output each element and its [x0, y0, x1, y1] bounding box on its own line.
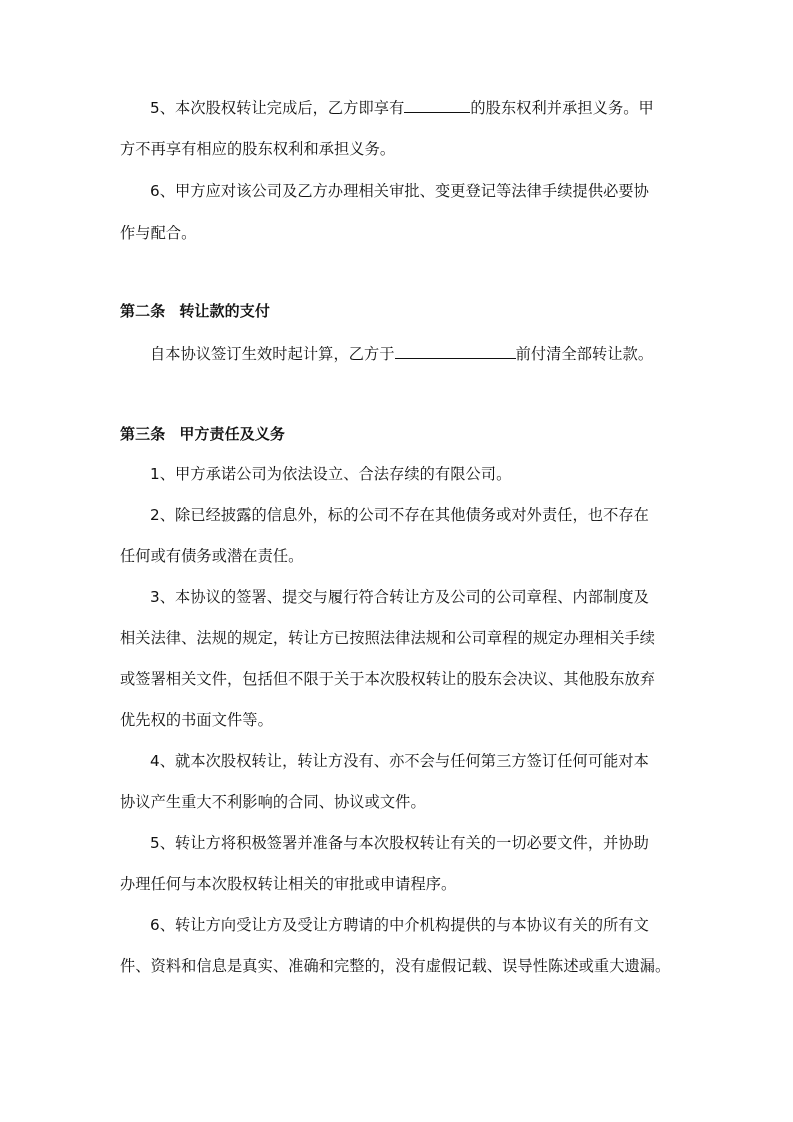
clause-6-line-2: 作与配合。 — [120, 223, 680, 243]
clause-5-line-2: 方不再享有相应的股东权利和承担义务。 — [120, 139, 680, 159]
blank-field-payment-date[interactable] — [395, 342, 516, 359]
article-3-item-3-line-1: 3、本协议的签署、提交与履行符合转让方及公司的公司章程、内部制度及 — [150, 587, 680, 607]
article-3-item-3-line-4: 优先权的书面文件等。 — [120, 710, 680, 730]
article-3-item-3-line-3: 或签署相关文件，包括但不限于关于本次股权转让的股东会决议、其他股东放弃 — [120, 669, 680, 689]
blank-field-shareholding[interactable] — [404, 96, 470, 113]
article-2-heading: 第二条转让款的支付 — [120, 301, 680, 321]
article-3-item-2-line-1: 2、除已经披露的信息外，标的公司不存在其他债务或对外责任，也不存在 — [150, 505, 680, 525]
article-2-text-b: 前付清全部转让款。 — [516, 345, 654, 363]
article-2-text-a: 自本协议签订生效时起计算，乙方于 — [150, 345, 395, 363]
article-3-title: 甲方责任及义务 — [179, 425, 285, 443]
article-3-item-5-line-1: 5、转让方将积极签署并准备与本次股权转让有关的一切必要文件，并协助 — [150, 833, 680, 853]
article-2-body: 自本协议签订生效时起计算，乙方于前付清全部转让款。 — [150, 342, 680, 364]
article-2-title: 转让款的支付 — [179, 302, 270, 320]
clause-6-line-1: 6、甲方应对该公司及乙方办理相关审批、变更登记等法律手续提供必要协 — [150, 181, 680, 201]
article-3-item-4-line-2: 协议产生重大不利影响的合同、协议或文件。 — [120, 792, 680, 812]
article-3-item-1-line-1: 1、甲方承诺公司为依法设立、合法存续的有限公司。 — [150, 464, 680, 484]
clause-5-line-1: 5、本次股权转让完成后，乙方即享有的股东权利并承担义务。甲 — [150, 96, 680, 118]
article-3-heading: 第三条甲方责任及义务 — [120, 424, 680, 444]
article-3-item-5-line-2: 办理任何与本次股权转让相关的审批或申请程序。 — [120, 874, 680, 894]
document-page: 5、本次股权转让完成后，乙方即享有的股东权利并承担义务。甲 方不再享有相应的股东… — [0, 0, 793, 1122]
article-2-number: 第二条 — [120, 302, 165, 320]
article-3-item-2-line-2: 任何或有债务或潜在责任。 — [120, 546, 680, 566]
article-3-item-3-line-2: 相关法律、法规的规定，转让方已按照法律法规和公司章程的规定办理相关手续 — [120, 628, 680, 648]
article-3-item-6-line-2: 件、资料和信息是真实、准确和完整的，没有虚假记载、误导性陈述或重大遗漏。 — [120, 956, 680, 976]
article-3-item-6-line-1: 6、转让方向受让方及受让方聘请的中介机构提供的与本协议有关的所有文 — [150, 915, 680, 935]
article-3-item-4-line-1: 4、就本次股权转让，转让方没有、亦不会与任何第三方签订任何可能对本 — [150, 751, 680, 771]
clause-5-text-b: 的股东权利并承担义务。甲 — [470, 99, 653, 117]
clause-5-text-a: 5、本次股权转让完成后，乙方即享有 — [150, 99, 404, 117]
article-3-number: 第三条 — [120, 425, 165, 443]
